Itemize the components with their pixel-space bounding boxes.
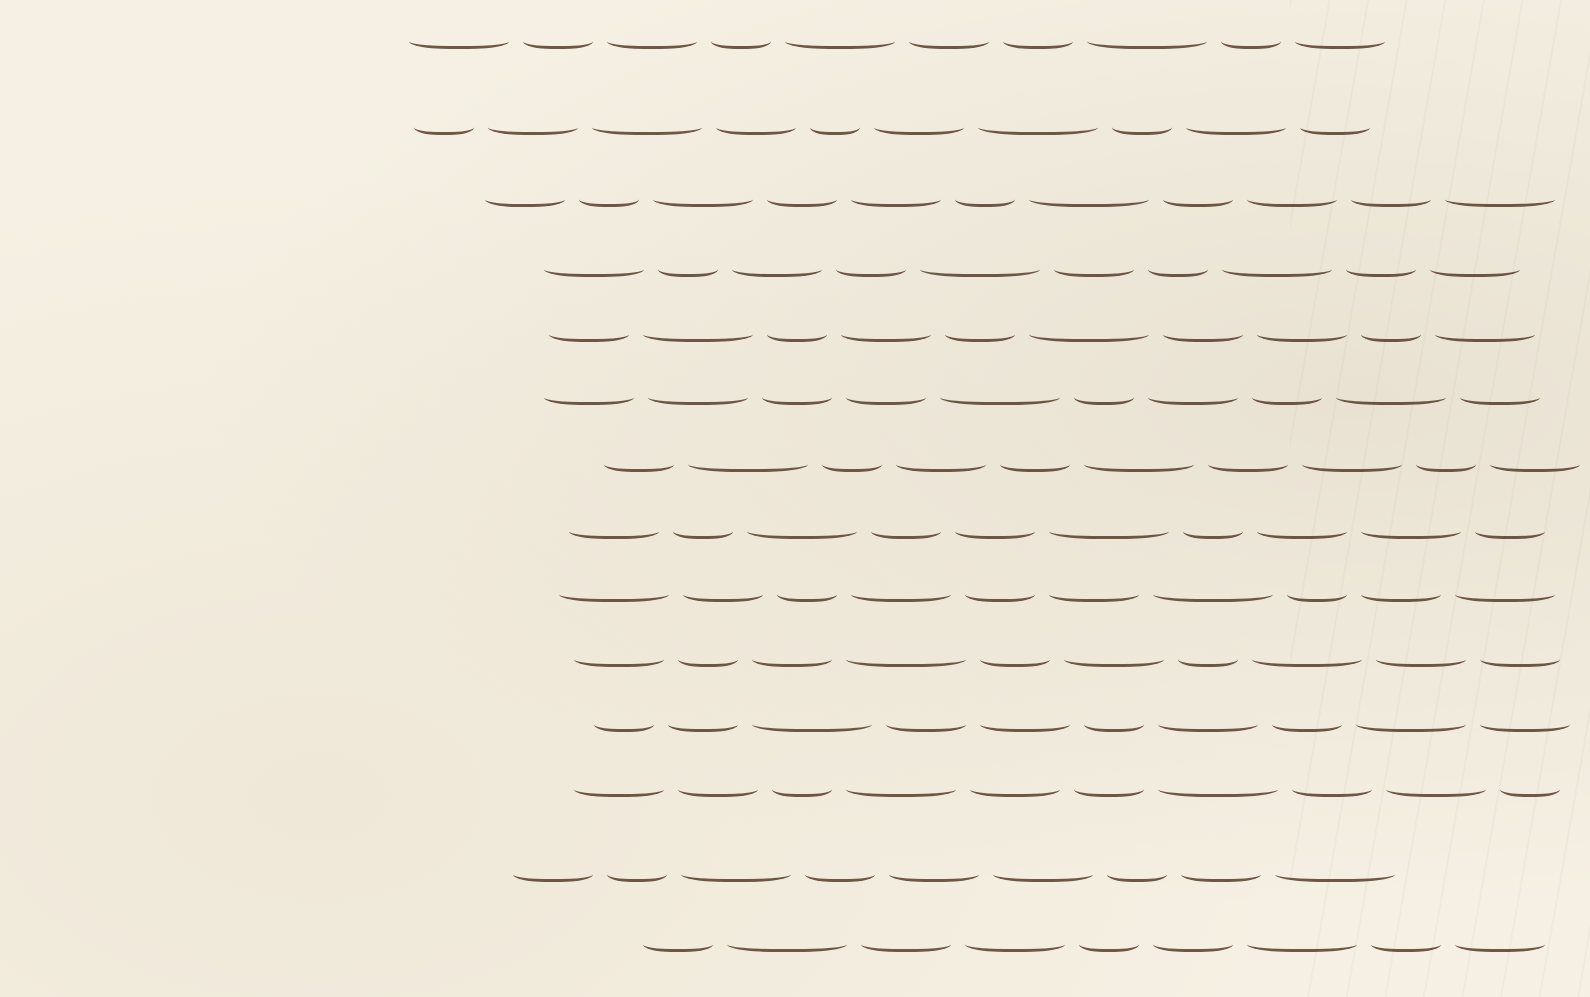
- handwritten-word: [1455, 933, 1545, 952]
- handwritten-word: [1208, 453, 1288, 472]
- handwritten-line: [0, 445, 1580, 479]
- handwritten-word: [993, 863, 1093, 882]
- handwritten-word: [1300, 116, 1370, 135]
- handwritten-word: [955, 188, 1015, 207]
- handwritten-word: [785, 30, 895, 49]
- handwritten-word: [658, 258, 718, 277]
- handwritten-line: [0, 180, 1555, 214]
- handwritten-word: [1148, 258, 1208, 277]
- handwritten-line: [0, 770, 1560, 804]
- handwritten-word: [978, 116, 1098, 135]
- handwritten-word: [1029, 188, 1149, 207]
- handwritten-word: [1158, 713, 1258, 732]
- handwritten-word: [544, 386, 634, 405]
- handwritten-word: [579, 188, 639, 207]
- handwritten-line: [0, 22, 1385, 56]
- handwritten-word: [747, 520, 857, 539]
- handwritten-word: [1064, 648, 1164, 667]
- handwritten-word: [1003, 30, 1073, 49]
- handwritten-word: [1430, 258, 1520, 277]
- handwritten-word: [1221, 30, 1281, 49]
- handwritten-word: [549, 323, 629, 342]
- handwritten-word: [767, 188, 837, 207]
- handwritten-word: [1490, 453, 1580, 472]
- handwritten-word: [1163, 188, 1233, 207]
- handwritten-word: [945, 323, 1015, 342]
- handwritten-word: [896, 453, 986, 472]
- handwritten-word: [1084, 453, 1194, 472]
- handwritten-word: [836, 258, 906, 277]
- handwritten-word: [678, 648, 738, 667]
- handwritten-line: [0, 575, 1555, 609]
- handwritten-word: [940, 386, 1060, 405]
- handwritten-word: [1247, 933, 1357, 952]
- handwritten-word: [851, 583, 951, 602]
- handwritten-word: [777, 583, 837, 602]
- handwritten-word: [1416, 453, 1476, 472]
- handwritten-word: [1386, 778, 1486, 797]
- handwritten-word: [1257, 520, 1347, 539]
- bleed-through-margin: [1290, 0, 1590, 997]
- handwritten-word: [681, 863, 791, 882]
- handwritten-word: [889, 863, 979, 882]
- handwritten-word: [846, 778, 956, 797]
- handwritten-word: [1361, 323, 1421, 342]
- handwritten-word: [1275, 863, 1395, 882]
- handwritten-line: [0, 108, 1370, 142]
- handwritten-word: [1361, 583, 1441, 602]
- handwritten-line: [0, 315, 1535, 349]
- handwritten-word: [955, 520, 1035, 539]
- handwritten-word: [874, 116, 964, 135]
- handwritten-word: [732, 258, 822, 277]
- handwritten-word: [569, 520, 659, 539]
- handwritten-word: [1222, 258, 1332, 277]
- handwritten-word: [1292, 778, 1372, 797]
- handwritten-word: [970, 778, 1060, 797]
- handwritten-word: [683, 583, 763, 602]
- handwritten-word: [1153, 933, 1233, 952]
- handwritten-word: [851, 188, 941, 207]
- handwritten-word: [648, 386, 748, 405]
- handwritten-word: [846, 648, 966, 667]
- handwritten-word: [604, 453, 674, 472]
- handwritten-word: [1079, 933, 1139, 952]
- handwritten-word: [1186, 116, 1286, 135]
- handwritten-word: [544, 258, 644, 277]
- handwritten-word: [861, 933, 951, 952]
- handwritten-word: [711, 30, 771, 49]
- handwritten-word: [1460, 386, 1540, 405]
- handwritten-word: [1087, 30, 1207, 49]
- handwritten-word: [668, 713, 738, 732]
- handwritten-word: [1252, 386, 1322, 405]
- handwritten-word: [965, 583, 1035, 602]
- handwritten-word: [1107, 863, 1167, 882]
- handwritten-word: [414, 116, 474, 135]
- handwritten-word: [1257, 323, 1347, 342]
- handwritten-word: [841, 323, 931, 342]
- handwritten-word: [1376, 648, 1466, 667]
- handwritten-word: [1361, 520, 1461, 539]
- handwritten-word: [673, 520, 733, 539]
- handwritten-word: [805, 863, 875, 882]
- handwritten-word: [523, 30, 593, 49]
- handwritten-word: [772, 778, 832, 797]
- handwritten-word: [1183, 520, 1243, 539]
- handwritten-word: [594, 713, 654, 732]
- handwritten-word: [1336, 386, 1446, 405]
- handwritten-line: [0, 855, 1395, 889]
- handwritten-word: [1480, 713, 1570, 732]
- handwritten-word: [980, 713, 1070, 732]
- handwritten-word: [810, 116, 860, 135]
- handwritten-word: [1371, 933, 1441, 952]
- handwritten-word: [574, 648, 664, 667]
- handwritten-word: [846, 386, 926, 405]
- handwritten-word: [1153, 583, 1273, 602]
- handwritten-word: [871, 520, 941, 539]
- handwritten-word: [1054, 258, 1134, 277]
- handwritten-word: [1158, 778, 1278, 797]
- handwritten-word: [1302, 453, 1402, 472]
- handwritten-word: [822, 453, 882, 472]
- handwritten-word: [980, 648, 1050, 667]
- handwritten-word: [762, 386, 832, 405]
- handwritten-word: [559, 583, 669, 602]
- handwritten-word: [1252, 648, 1362, 667]
- handwritten-line: [0, 512, 1545, 546]
- handwritten-word: [1435, 323, 1535, 342]
- handwritten-word: [1247, 188, 1337, 207]
- handwritten-line: [0, 925, 1545, 959]
- handwritten-word: [1049, 520, 1169, 539]
- handwritten-word: [727, 933, 847, 952]
- handwritten-word: [592, 116, 702, 135]
- handwritten-word: [1445, 188, 1555, 207]
- handwritten-word: [716, 116, 796, 135]
- handwritten-word: [643, 323, 753, 342]
- handwritten-word: [1475, 520, 1545, 539]
- handwritten-word: [1074, 386, 1134, 405]
- handwritten-line: [0, 640, 1560, 674]
- handwritten-word: [965, 933, 1065, 952]
- handwritten-word: [1346, 258, 1416, 277]
- handwritten-line: [0, 705, 1570, 739]
- handwritten-word: [886, 713, 966, 732]
- handwritten-word: [1181, 863, 1261, 882]
- handwritten-word: [1074, 778, 1144, 797]
- handwritten-word: [1351, 188, 1431, 207]
- handwritten-word: [909, 30, 989, 49]
- handwritten-word: [574, 778, 664, 797]
- handwritten-word: [1000, 453, 1070, 472]
- handwritten-word: [488, 116, 578, 135]
- handwritten-word: [1272, 713, 1342, 732]
- handwritten-word: [653, 188, 753, 207]
- handwritten-word: [1084, 713, 1144, 732]
- handwritten-word: [485, 188, 565, 207]
- handwritten-word: [678, 778, 758, 797]
- handwritten-word: [607, 30, 697, 49]
- handwritten-line: [0, 378, 1540, 412]
- handwritten-word: [1029, 323, 1149, 342]
- handwritten-word: [1287, 583, 1347, 602]
- handwritten-word: [1500, 778, 1560, 797]
- handwritten-word: [1356, 713, 1466, 732]
- handwritten-word: [513, 863, 593, 882]
- handwritten-word: [920, 258, 1040, 277]
- handwritten-word: [1049, 583, 1139, 602]
- handwritten-word: [1178, 648, 1238, 667]
- handwritten-word: [607, 863, 667, 882]
- handwritten-word: [1112, 116, 1172, 135]
- handwritten-word: [1148, 386, 1238, 405]
- handwritten-word: [409, 30, 509, 49]
- handwritten-word: [1295, 30, 1385, 49]
- handwritten-word: [752, 648, 832, 667]
- handwritten-word: [1455, 583, 1555, 602]
- handwritten-word: [1480, 648, 1560, 667]
- handwritten-word: [1163, 323, 1243, 342]
- handwritten-word: [767, 323, 827, 342]
- handwritten-word: [752, 713, 872, 732]
- handwritten-word: [643, 933, 713, 952]
- handwritten-word: [688, 453, 808, 472]
- handwritten-line: [0, 250, 1520, 284]
